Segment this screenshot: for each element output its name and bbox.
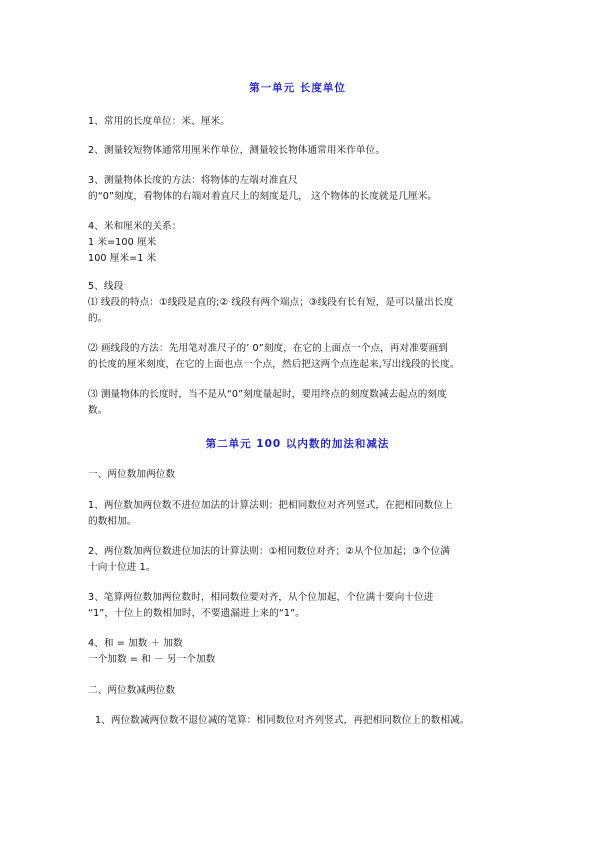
unit2-item: 一、两位数加两位数: [88, 468, 175, 481]
unit1-item: ⑵ 画线段的方法：先用笔对准尺子的’ 0”刻度，在它的上面点一个点，再对准要画到: [88, 342, 448, 355]
unit2-item: 的数相加。: [88, 515, 136, 528]
unit2-title: 第二单元 100 以内数的加法和减法: [0, 436, 595, 451]
unit2-item: 2、两位数加两位数进位加法的计算法则：①相同数位对齐；②从个位加起；③个位满: [88, 545, 450, 558]
unit1-item: 4、米和厘米的关系：: [88, 220, 181, 233]
unit1-item: ⑶ 测量物体的长度时，当不是从“0”刻度量起时，要用终点的刻度数减去起点的刻度: [88, 388, 447, 401]
unit1-item: 2、测量较短物体通常用厘米作单位，测量较长物体通常用米作单位。: [88, 144, 385, 157]
unit1-item: 的长度的厘米刻度，在它的上面也点一个点，然后把这两个点连起来,写出线段的长度。: [88, 358, 460, 371]
unit1-item: 1、常用的长度单位：米、厘米。: [88, 115, 230, 128]
document-page: 第一单元 长度单位 1、常用的长度单位：米、厘米。 2、测量较短物体通常用厘米作…: [0, 0, 595, 842]
unit2-item: 二、两位数减两位数: [88, 684, 175, 697]
unit1-item: 的。: [88, 312, 107, 325]
unit1-item: 3、测量物体长度的方法：将物体的左端对准直尺: [88, 174, 298, 187]
unit1-item: 1 米=100 厘米: [88, 236, 156, 249]
unit1-title: 第一单元 长度单位: [0, 80, 595, 95]
unit2-item: 1、两位数减两位数不退位减的笔算：相同数位对齐列竖式，再把相同数位上的数相减。: [95, 714, 470, 727]
unit2-item: 十向十位进 1。: [88, 561, 156, 574]
unit2-item: 一个加数 = 和 － 另一个加数: [88, 653, 215, 666]
unit2-item: 3、笔算两位数加两位数时，相同数位要对齐，从个位加起，个位满十要向十位进: [88, 591, 433, 604]
unit2-item: “1”，十位上的数相加时，不要遗漏进上来的“1”。: [88, 607, 305, 620]
unit1-item: 100 厘米=1 米: [88, 252, 156, 265]
unit1-item: 的“0”刻度，看物体的右端对着直尺上的刻度是几， 这个物体的长度就是几厘米。: [88, 190, 437, 203]
unit2-item: 1、两位数加两位数不进位加法的计算法则：把相同数位对齐列竖式，在把相同数位上: [88, 499, 453, 512]
unit1-item: 数。: [88, 404, 107, 417]
unit1-item: 5、线段: [88, 280, 123, 293]
unit1-item: ⑴ 线段的特点：①线段是直的;② 线段有两个端点；③线段有长有短，是可以量出长度: [88, 296, 453, 309]
unit2-item: 4、和 = 加数 ＋ 加数: [88, 637, 183, 650]
